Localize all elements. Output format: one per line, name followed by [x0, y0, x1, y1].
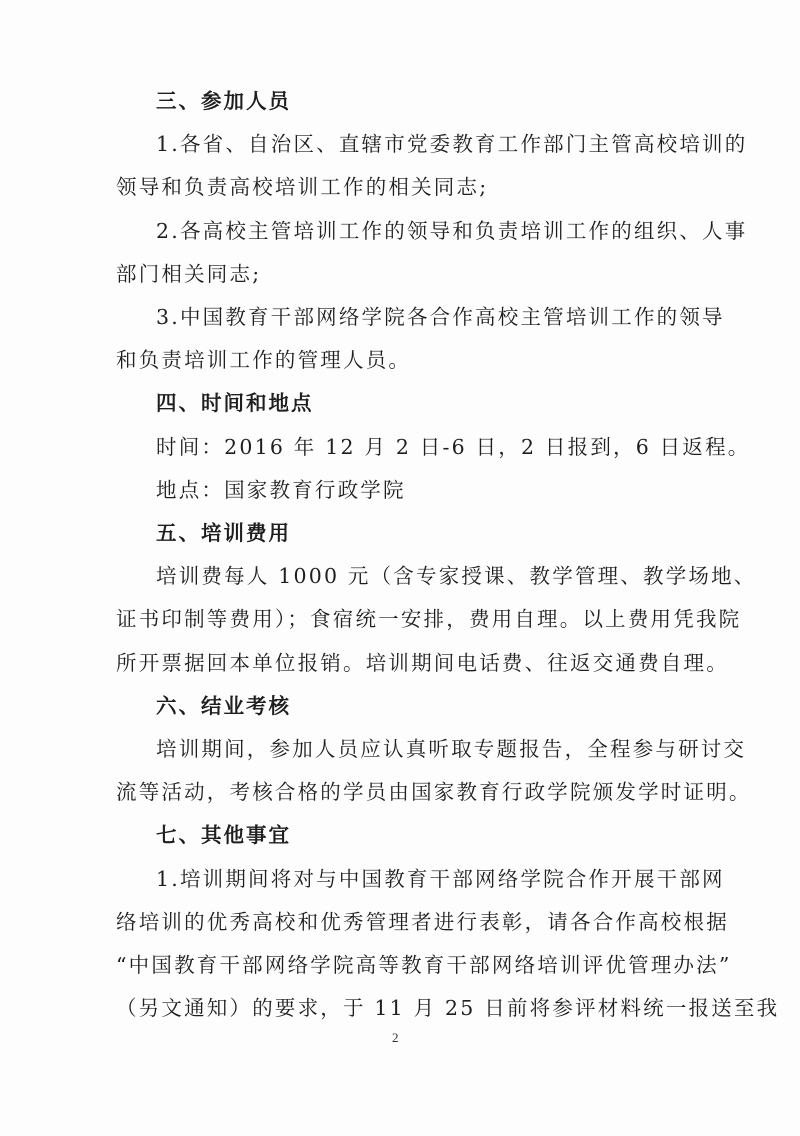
- paragraph-line: 1.培训期间将对与中国教育干部网络学院合作开展干部网: [156, 866, 716, 892]
- page-number: 2: [392, 1030, 399, 1046]
- paragraph-line: 3.中国教育干部网络学院各合作高校主管培训工作的领导: [156, 304, 716, 330]
- paragraph-line: 培训期间，参加人员应认真听取专题报告，全程参与研讨交: [156, 736, 716, 762]
- paragraph-line: 领导和负责高校培训工作的相关同志;: [116, 174, 716, 200]
- paragraph-line: 所开票据回本单位报销。培训期间电话费、往返交通费自理。: [116, 650, 716, 676]
- section-heading: 五、培训费用: [156, 520, 716, 546]
- paragraph-line: 流等活动，考核合格的学员由国家教育行政学院颁发学时证明。: [116, 779, 716, 805]
- section-heading: 四、时间和地点: [156, 390, 716, 416]
- paragraph-line: 2.各高校主管培训工作的领导和负责培训工作的组织、人事: [156, 218, 716, 244]
- section-heading: 七、其他事宜: [156, 822, 716, 848]
- paragraph-line: （另文通知）的要求，于 11 月 25 日前将参评材料统一报送至我: [116, 995, 716, 1021]
- paragraph-line: “中国教育干部网络学院高等教育干部网络培训评优管理办法”: [116, 952, 716, 978]
- paragraph-line: 络培训的优秀高校和优秀管理者进行表彰，请各合作高校根据: [116, 909, 716, 935]
- paragraph-line: 证书印制等费用）；食宿统一安排，费用自理。以上费用凭我院: [116, 606, 716, 632]
- paragraph-line: 时间：2016 年 12 月 2 日-6 日，2 日报到，6 日返程。: [156, 434, 716, 460]
- section-heading: 三、参加人员: [156, 88, 716, 114]
- section-heading: 六、结业考核: [156, 693, 716, 719]
- paragraph-line: 和负责培训工作的管理人员。: [116, 347, 716, 373]
- paragraph-line: 地点：国家教育行政学院: [156, 477, 716, 503]
- paragraph-line: 培训费每人 1000 元（含专家授课、教学管理、教学场地、: [156, 563, 716, 589]
- document-page: 三、参加人员1.各省、自治区、直辖市党委教育工作部门主管高校培训的领导和负责高校…: [0, 0, 800, 1136]
- paragraph-line: 1.各省、自治区、直辖市党委教育工作部门主管高校培训的: [156, 131, 716, 157]
- paragraph-line: 部门相关同志;: [116, 261, 716, 287]
